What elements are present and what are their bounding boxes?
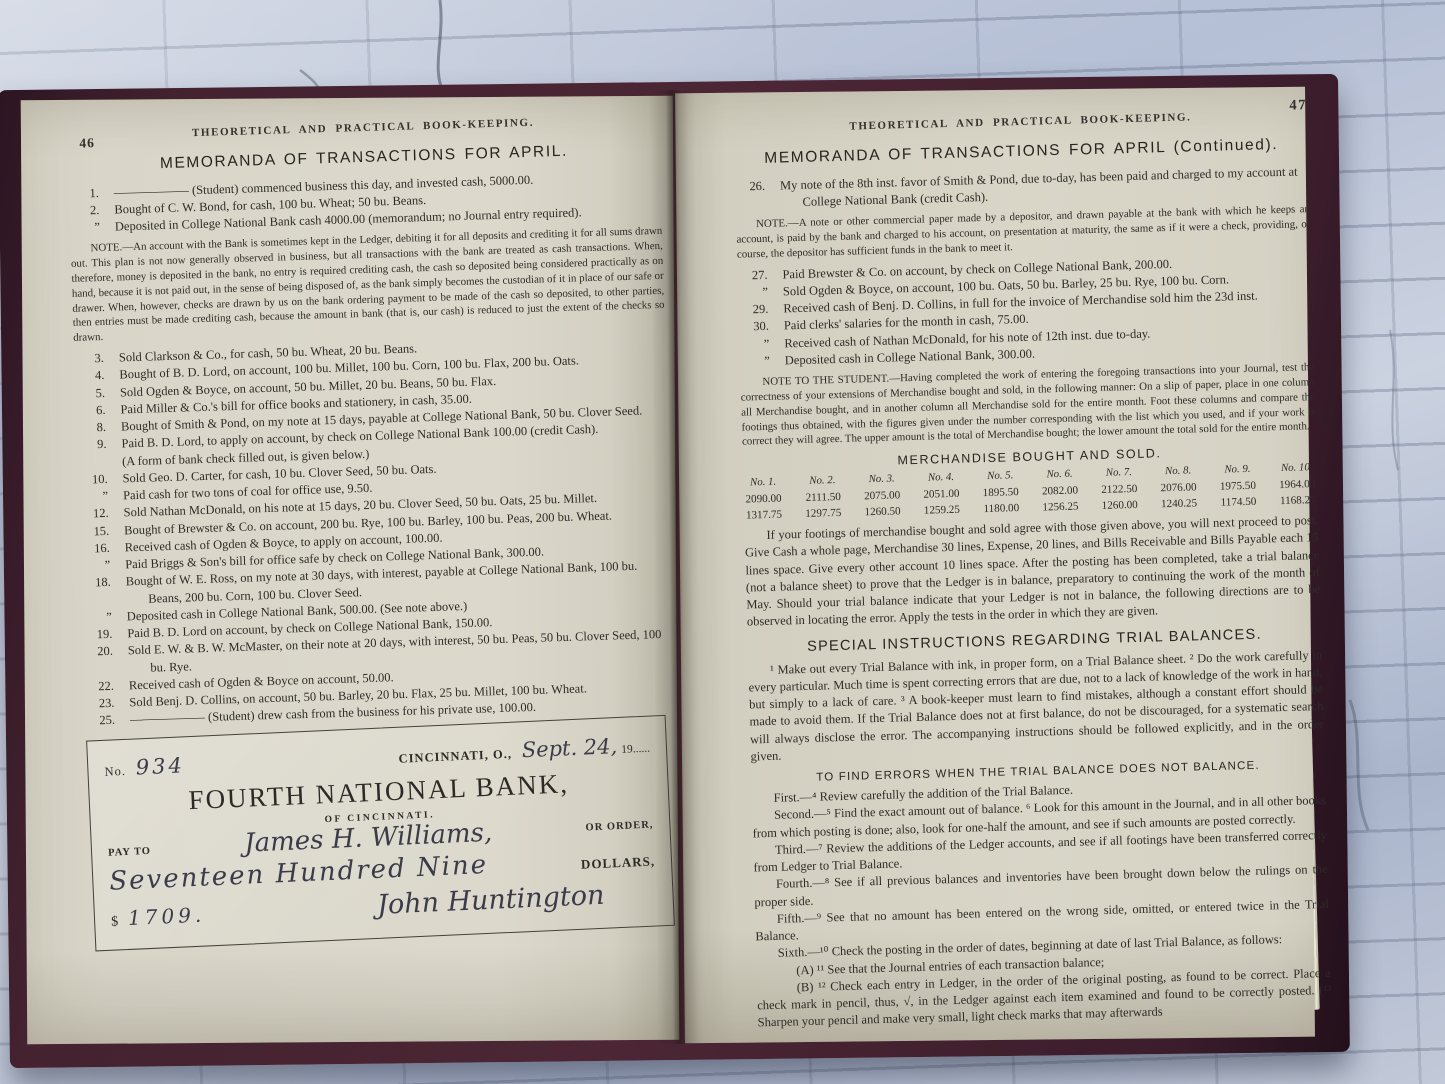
- transaction-date-number: 9.: [76, 436, 107, 454]
- transaction-date-number: ”: [82, 609, 113, 627]
- or-order-label: OR ORDER,: [585, 818, 654, 847]
- merchandise-column-header: No. 4.: [923, 470, 959, 487]
- merchandise-column: No. 6. 2082.00 1256.25: [1041, 467, 1078, 516]
- merchandise-bought-value: 2051.00: [923, 486, 959, 503]
- merchandise-bought-value: 2111.50: [805, 489, 841, 506]
- check-city-label: CINCINNATI, O.,: [398, 745, 512, 767]
- transaction-text: NOTE.—An account with the Bank is someti…: [70, 224, 665, 346]
- transaction-date-number: 6.: [75, 402, 106, 420]
- transaction-date-number: ”: [740, 353, 770, 371]
- transaction-date-number: ”: [739, 335, 769, 353]
- transaction-date-number: 22.: [84, 678, 115, 696]
- merchandise-column-header: No. 3.: [863, 472, 899, 489]
- merchandise-column-header: No. 9.: [1219, 462, 1255, 479]
- merchandise-sold-value: 1180.00: [983, 500, 1019, 517]
- merchandise-column: No. 8. 2076.00 1240.25: [1160, 464, 1197, 513]
- book-gutter-shadow: [649, 90, 703, 1044]
- transaction-date-number: ”: [738, 284, 768, 302]
- check-number-label: No.: [104, 763, 126, 781]
- merchandise-bought-value: 2090.00: [745, 491, 781, 508]
- merchandise-bought-value: 1964.00: [1279, 476, 1315, 493]
- merchandise-column-header: No. 5.: [982, 469, 1018, 486]
- transaction-date-number: ”: [80, 557, 111, 575]
- find-errors-list: First.—⁴ Review carefully the addition o…: [751, 775, 1331, 1032]
- merchandise-sold-value: 1256.25: [1042, 499, 1078, 516]
- transaction-list-april: 1. —————— (Student) commenced business t…: [69, 167, 677, 730]
- merchandise-column-header: No. 10.: [1279, 461, 1315, 478]
- transaction-date-number: [77, 453, 108, 471]
- posting-instructions-paragraph: If your footings of merchandise bought a…: [744, 512, 1321, 631]
- transaction-date-number: 1.: [69, 185, 100, 203]
- merchandise-sold-value: 1240.25: [1161, 495, 1197, 512]
- transaction-date-number: 29.: [738, 301, 768, 319]
- transaction-date-number: 18.: [81, 574, 112, 609]
- merchandise-bought-value: 1895.50: [982, 484, 1018, 501]
- transaction-date-number: 8.: [76, 419, 107, 437]
- transaction-date-number: 23.: [84, 695, 115, 713]
- special-instructions-paragraph: ¹ Make out every Trial Balance with ink,…: [748, 647, 1325, 766]
- transaction-date-number: 30.: [739, 318, 769, 336]
- merchandise-column: No. 3. 2075.00 1260.50: [863, 472, 900, 521]
- merchandise-sold-value: 1317.75: [746, 507, 782, 524]
- transaction-list-item: NOTE.—An account with the Bank is someti…: [70, 224, 665, 346]
- merchandise-sold-value: 1168.25: [1279, 492, 1315, 509]
- merchandise-bought-value: 1975.50: [1220, 478, 1256, 495]
- transaction-date-number: ”: [78, 488, 109, 506]
- page-number-left: 46: [79, 134, 95, 153]
- page-number-right: 47: [1289, 95, 1307, 115]
- merchandise-column: No. 1. 2090.00 1317.75: [745, 475, 782, 524]
- transaction-date-number: 20.: [83, 643, 114, 678]
- merchandise-column: No. 4. 2051.00 1259.25: [923, 470, 960, 519]
- note-to-student-paragraph: NOTE TO THE STUDENT.—Having completed th…: [740, 360, 1316, 450]
- bank-check-illustration: No. 934 CINCINNATI, O., Sept. 24, 19....…: [86, 714, 675, 951]
- transaction-date-number: 16.: [79, 540, 110, 558]
- check-date-handwritten: Sept. 24,: [521, 732, 618, 765]
- merchandise-column-header: No. 1.: [745, 475, 781, 492]
- transaction-date-number: 4.: [74, 367, 105, 385]
- right-page-content: THEORETICAL AND PRACTICAL BOOK-KEEPING. …: [733, 107, 1331, 1032]
- merchandise-column: No. 7. 2122.50 1260.00: [1101, 465, 1138, 514]
- merchandise-bought-value: 2122.50: [1101, 481, 1137, 498]
- merchandise-bought-value: 2075.00: [864, 487, 900, 504]
- merchandise-column-header: No. 2.: [804, 473, 840, 490]
- merchandise-column: No. 9. 1975.50 1174.50: [1219, 462, 1256, 511]
- transaction-date-number: 19.: [82, 626, 113, 644]
- transaction-date-number: ”: [70, 219, 101, 237]
- transaction-date-number: 25.: [85, 712, 116, 730]
- merchandise-bought-value: 2082.00: [1042, 483, 1078, 500]
- merchandise-sold-value: 1259.25: [924, 502, 960, 519]
- transaction-date-number: 2.: [69, 202, 100, 220]
- transaction-date-number: 10.: [77, 471, 108, 489]
- running-head-text: THEORETICAL AND PRACTICAL BOOK-KEEPING.: [849, 111, 1191, 132]
- merchandise-column: No. 5. 1895.50 1180.00: [982, 469, 1019, 518]
- merchandise-column: No. 2. 2111.50 1297.75: [804, 473, 841, 522]
- transaction-date-number: 12.: [78, 505, 109, 523]
- merchandise-sold-value: 1260.00: [1102, 497, 1138, 514]
- left-page-content: 46 THEORETICAL AND PRACTICAL BOOK-KEEPIN…: [67, 112, 684, 952]
- merchandise-sold-value: 1174.50: [1220, 494, 1256, 511]
- amount-figures-handwritten: 1709.: [127, 901, 205, 932]
- transaction-list-april-continued: 26. My note of the 8th inst. favor of Sm…: [735, 163, 1314, 371]
- merchandise-sold-value: 1297.75: [805, 505, 841, 522]
- check-number-handwritten: 934: [135, 751, 185, 782]
- dollars-label: DOLLARS,: [581, 852, 656, 873]
- dollar-sign-label: $: [111, 912, 119, 932]
- right-page: THEORETICAL AND PRACTICAL BOOK-KEEPING. …: [675, 87, 1315, 1044]
- merchandise-column-header: No. 8.: [1160, 464, 1196, 481]
- merchandise-column: No. 10. 1964.00 1168.25: [1279, 461, 1316, 510]
- photo-of-open-book: 46 THEORETICAL AND PRACTICAL BOOK-KEEPIN…: [0, 0, 1445, 1084]
- running-head-text: THEORETICAL AND PRACTICAL BOOK-KEEPING.: [192, 117, 534, 139]
- merchandise-column-header: No. 7.: [1101, 465, 1137, 482]
- transaction-date-number: 27.: [737, 266, 767, 284]
- left-page: 46 THEORETICAL AND PRACTICAL BOOK-KEEPIN…: [21, 96, 680, 1045]
- merchandise-column-header: No. 6.: [1041, 467, 1077, 484]
- merchandise-sold-value: 1260.50: [864, 503, 900, 520]
- check-year-label: 19......: [621, 741, 650, 758]
- transaction-date-number: 26.: [735, 177, 766, 212]
- transaction-date-number: 3.: [74, 350, 105, 368]
- running-head-right: THEORETICAL AND PRACTICAL BOOK-KEEPING. …: [733, 107, 1307, 138]
- transaction-date-number: 5.: [75, 385, 106, 403]
- merchandise-bought-value: 2076.00: [1160, 479, 1196, 496]
- transaction-date-number: 15.: [79, 522, 110, 540]
